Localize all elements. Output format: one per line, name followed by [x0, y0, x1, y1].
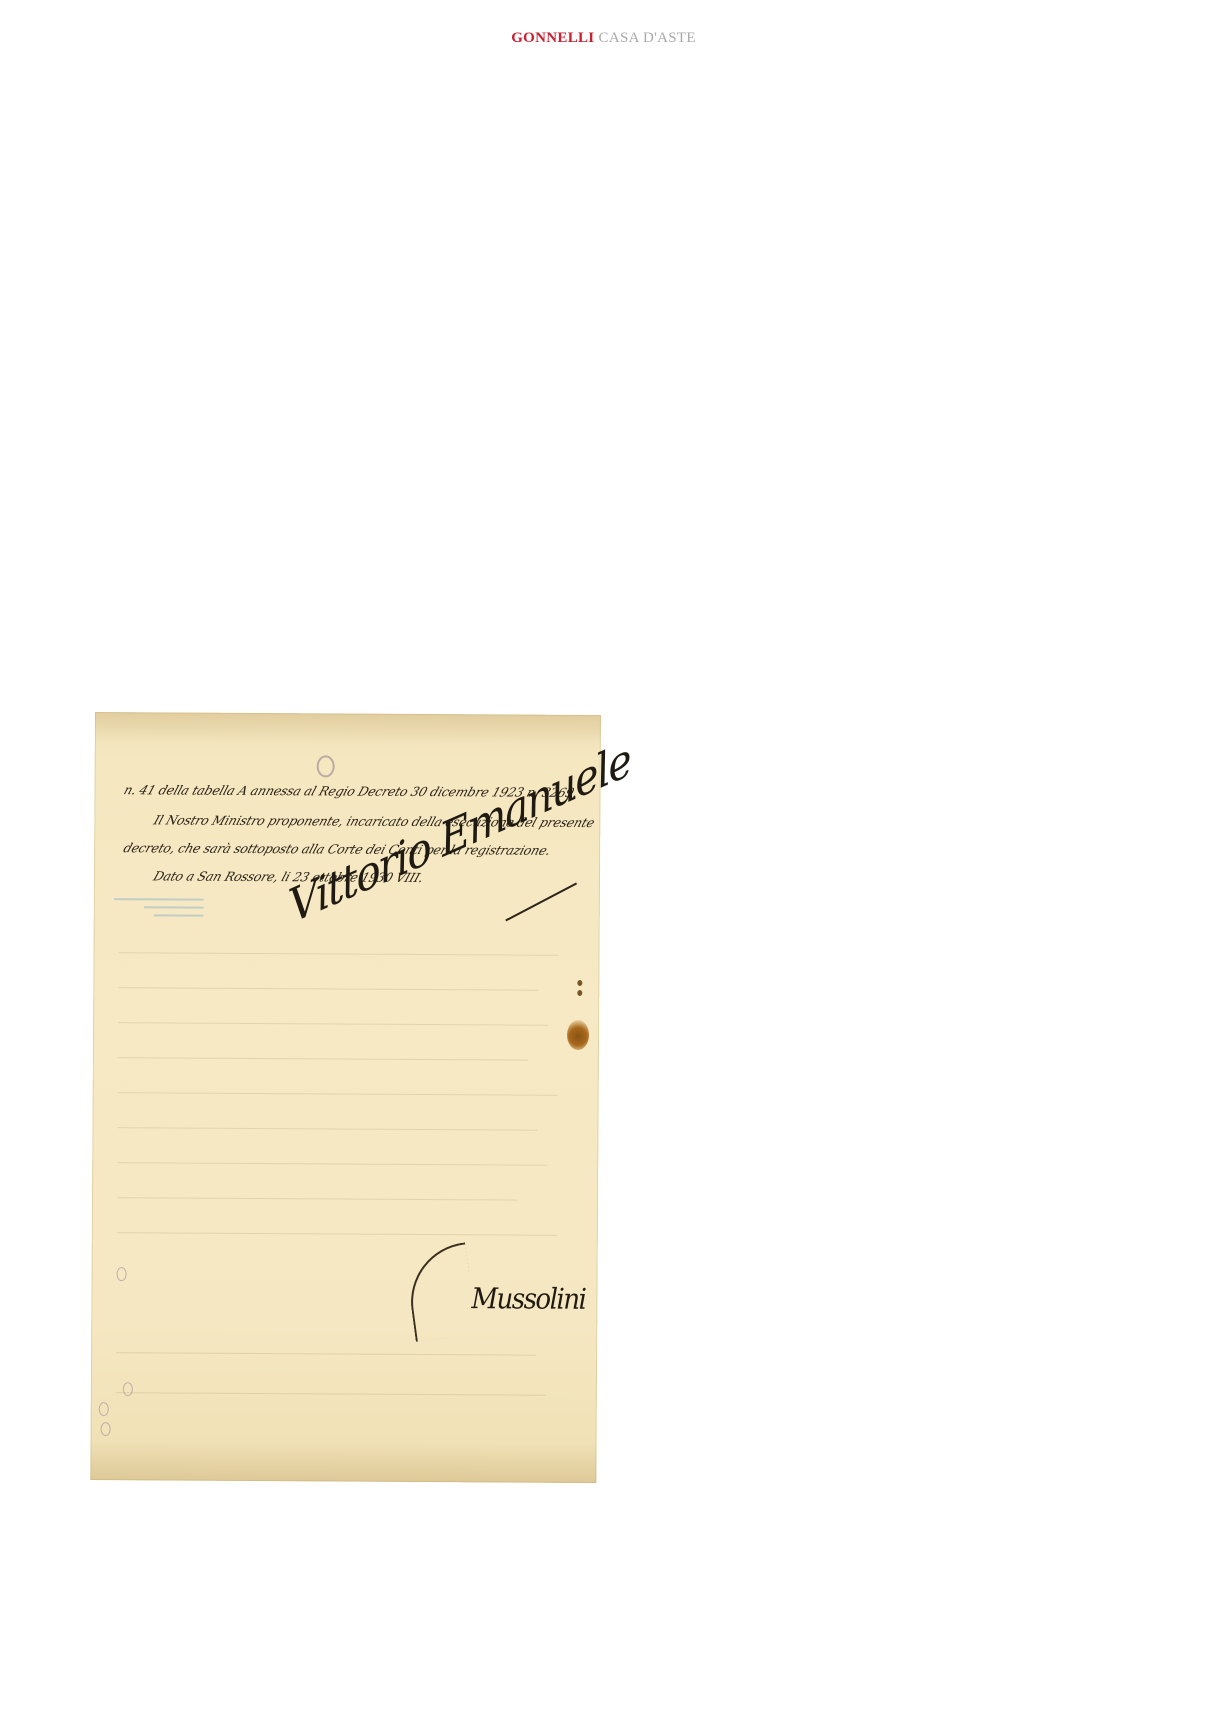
- faded-text-line: [118, 1057, 528, 1061]
- rust-stain: [567, 1020, 589, 1050]
- faded-text-line: [119, 952, 559, 956]
- faded-text-line: [118, 987, 538, 991]
- faded-text-line: [117, 1232, 557, 1236]
- faded-text-line: [116, 1352, 536, 1356]
- brand-name: GONNELLI: [511, 30, 594, 46]
- ink-stain: [577, 990, 582, 996]
- faded-text-line: [117, 1197, 517, 1200]
- foxing-spot: [117, 1267, 127, 1281]
- faded-text-line: [117, 1162, 547, 1166]
- signature-vittorio-emanuele: Vittorio Emanuele: [286, 733, 634, 934]
- faded-blue-stamp: [114, 892, 224, 933]
- signature-arc-stroke: [404, 1242, 478, 1341]
- faded-text-line: [118, 1092, 558, 1096]
- page-header: GONNELLI CASA D'ASTE: [0, 30, 1207, 47]
- ink-stain: [577, 980, 582, 986]
- signature-flourish: [505, 883, 577, 922]
- signature-mussolini: Mussolini: [471, 1283, 585, 1317]
- faded-text-line: [116, 1392, 546, 1396]
- manuscript-document: n. 41 della tabella A annessa al Regio D…: [90, 712, 601, 1483]
- faded-text-line: [118, 1022, 548, 1026]
- foxing-spot: [101, 1422, 111, 1436]
- brand-subtitle: CASA D'ASTE: [599, 30, 696, 46]
- punch-hole-mark: [317, 755, 335, 777]
- foxing-spot: [99, 1402, 109, 1416]
- foxing-spot: [123, 1382, 133, 1396]
- faded-text-line: [117, 1127, 537, 1131]
